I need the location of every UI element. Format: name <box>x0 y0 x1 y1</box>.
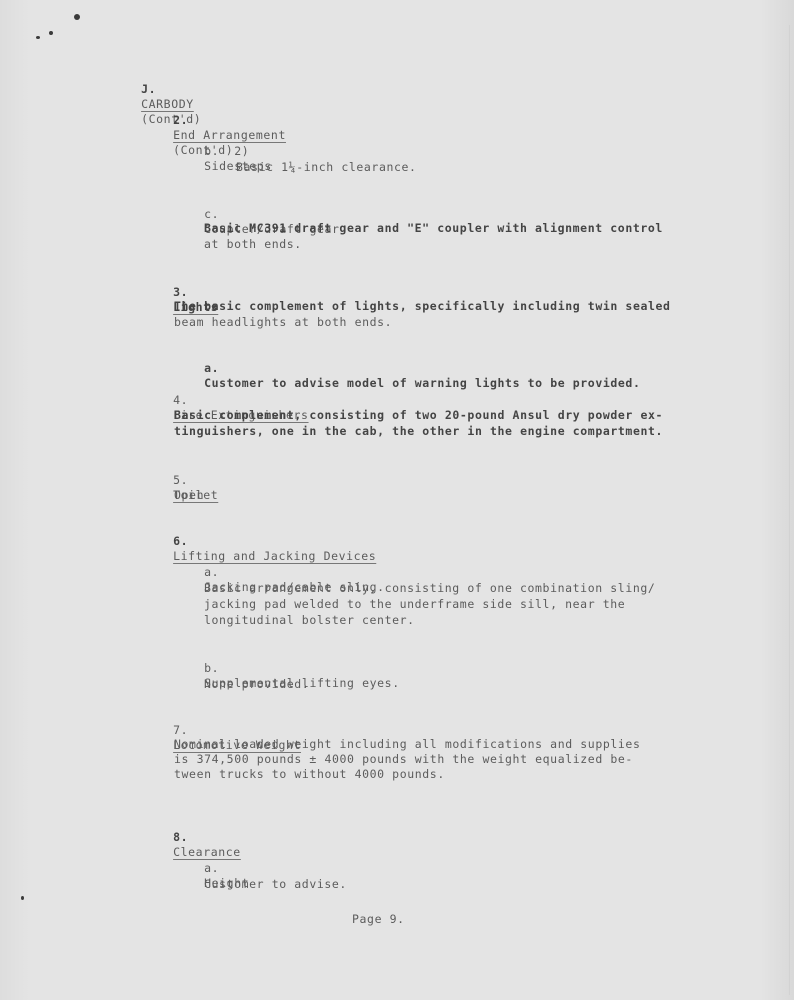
item-number: 2. <box>173 113 203 128</box>
subitem-sidesteps-text: Basic 1¼-inch clearance. <box>236 160 417 175</box>
lifting-text-line: jacking pad welded to the underframe sid… <box>204 597 625 612</box>
item-number: 6. <box>173 534 203 549</box>
lifting-subitem-b-heading: b. Supplemental lifting eyes. <box>174 646 400 706</box>
toilet-text: Open <box>174 488 204 503</box>
page-number: Page 9. <box>352 912 405 927</box>
weight-text-line: is 374,500 pounds ± 4000 pounds with the… <box>174 752 633 767</box>
ink-speck <box>21 896 24 900</box>
weight-text-line: Nominal loaded weight including all modi… <box>174 737 640 752</box>
clearance-subitem-a-heading: a. Height <box>174 846 249 906</box>
subitem-label: a. <box>204 861 234 876</box>
ink-speck <box>49 31 53 35</box>
document-page: J. CARBODY (Cont'd) 2. End Arrangement (… <box>0 0 794 1000</box>
lights-text-line: The basic complement of lights, specific… <box>174 299 671 314</box>
item-number: 8. <box>173 830 203 845</box>
subitem-label: a. <box>204 361 234 376</box>
subitem-sidesteps-heading: b. 2) Sidesteps <box>174 129 272 189</box>
item-number: 4. <box>173 393 203 408</box>
item-number: 5. <box>173 473 203 488</box>
coupler-text-line: Basic MC391 draft gear and "E" coupler w… <box>204 221 663 236</box>
weight-text-line: tween trucks to without 4000 pounds. <box>174 767 445 782</box>
ink-speck <box>74 14 80 20</box>
item-number: 7. <box>173 723 203 738</box>
page-edge <box>789 25 790 995</box>
subitem-label: b. 2) <box>204 144 266 159</box>
fire-text-line: Basic complement, consisting of two 20-p… <box>174 408 663 423</box>
section-letter: J. <box>141 82 171 97</box>
item-number: 3. <box>173 285 203 300</box>
subitem-label: b. <box>204 661 234 676</box>
lifting-text-line: longitudinal bolster center. <box>204 613 415 628</box>
lifting-text-line: Basic arrangement only, consisting of on… <box>204 581 655 596</box>
subitem-label: c. <box>204 207 234 222</box>
lights-text-line: beam headlights at both ends. <box>174 315 392 330</box>
ink-speck <box>36 36 40 39</box>
subitem-label: a. <box>204 565 234 580</box>
clearance-subitem-a-text: Customer to advise. <box>204 877 347 892</box>
lifting-subitem-b-text: None provided. <box>204 677 309 692</box>
coupler-text-line: at both ends. <box>204 237 302 252</box>
fire-text-line: tinguishers, one in the cab, the other i… <box>174 424 663 439</box>
